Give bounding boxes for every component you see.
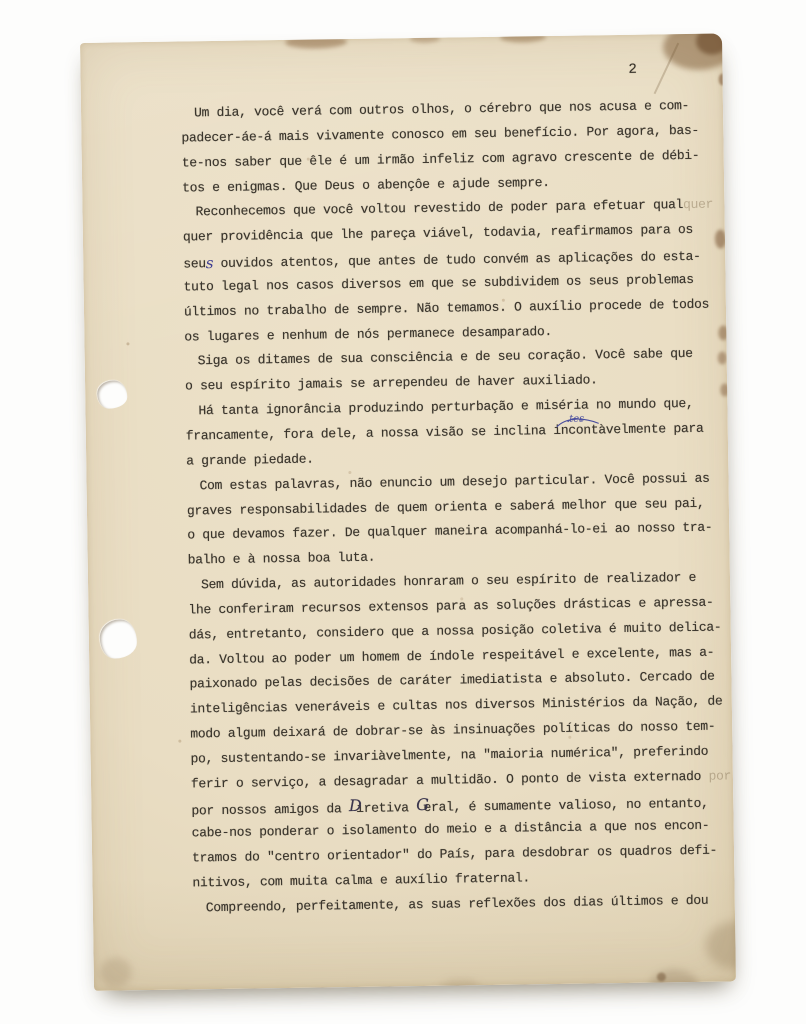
paper-specks [80, 43, 83, 46]
handwritten-initial: G [416, 793, 424, 818]
stain [663, 33, 736, 70]
stain [719, 73, 727, 85]
handwritten-initial: D [349, 794, 357, 819]
page-number: 2 [628, 62, 637, 78]
stain [696, 33, 728, 54]
stain [100, 957, 132, 987]
stain [650, 969, 698, 991]
scanned-document-photo: 2 Um dia, você verá com outros olhos, o … [0, 0, 806, 1024]
stain [439, 979, 481, 991]
corrected-word: incontàvelmentetes [553, 417, 666, 444]
text-block: Um dia, você verá com outros olhos, o cé… [181, 93, 736, 921]
stain [705, 921, 736, 970]
stain [410, 34, 440, 43]
ghost-text: por [701, 768, 731, 783]
handwritten-stroke [553, 413, 603, 430]
document-page: 2 Um dia, você verá com outros olhos, o … [80, 33, 736, 990]
ghost-text: quer [683, 197, 713, 212]
stain [657, 972, 666, 981]
stain [285, 35, 347, 49]
handwritten-ink-letter: s [206, 251, 214, 276]
torn-hole [100, 619, 138, 659]
scratch-mark [654, 43, 679, 94]
stain [500, 33, 546, 42]
torn-hole [97, 380, 127, 408]
